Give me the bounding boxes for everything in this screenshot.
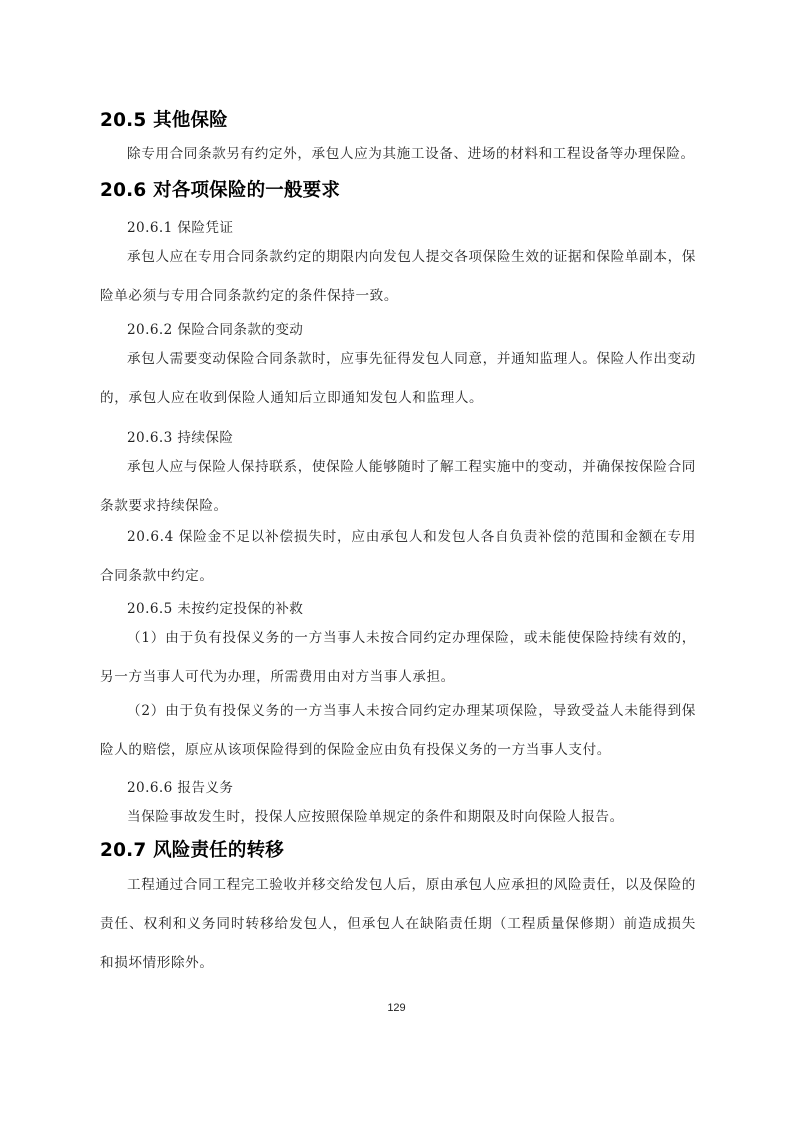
- paragraph-20-6-6: 当保险事故发生时，投保人应按照保险单规定的条件和期限及时向保险人报告。: [100, 798, 696, 837]
- document-page: 20.5 其他保险 除专用合同条款另有约定外，承包人应为其施工设备、进场的材料和…: [0, 0, 793, 1122]
- section-heading-20-7: 20.7 风险责任的转移: [100, 836, 284, 862]
- subheading-20-6-5: 20.6.5 未按约定投保的补救: [127, 597, 303, 617]
- section-heading-20-5: 20.5 其他保险: [100, 106, 228, 132]
- paragraph-20-6-4: 20.6.4 保险金不足以补偿损失时，应由承包人和发包人各自负责补偿的范围和金额…: [100, 518, 696, 596]
- paragraph-20-5: 除专用合同条款另有约定外，承包人应为其施工设备、进场的材料和工程设备等办理保险。: [100, 135, 696, 174]
- subheading-20-6-3: 20.6.3 持续保险: [127, 426, 233, 446]
- page-number: 129: [0, 1002, 793, 1014]
- paragraph-20-6-2: 承包人需要变动保险合同条款时，应事先征得发包人同意，并通知监理人。保险人作出变动…: [100, 340, 696, 418]
- subheading-20-6-2: 20.6.2 保险合同条款的变动: [127, 318, 303, 338]
- paragraph-20-6-5-point-2: （2）由于负有投保义务的一方当事人未按合同约定办理某项保险，导致受益人未能得到保…: [100, 692, 696, 770]
- paragraph-20-7: 工程通过合同工程完工验收并移交给发包人后，原由承包人应承担的风险责任，以及保险的…: [100, 866, 696, 983]
- paragraph-20-6-1: 承包人应在专用合同条款约定的期限内向发包人提交各项保险生效的证据和保险单副本，保…: [100, 238, 696, 316]
- paragraph-20-6-5-point-1: （1）由于负有投保义务的一方当事人未按合同约定办理保险，或未能使保险持续有效的，…: [100, 619, 696, 697]
- subheading-20-6-1: 20.6.1 保险凭证: [127, 216, 233, 236]
- subheading-20-6-6: 20.6.6 报告义务: [127, 776, 233, 796]
- section-heading-20-6: 20.6 对各项保险的一般要求: [100, 176, 340, 202]
- paragraph-20-6-3: 承包人应与保险人保持联系，使保险人能够随时了解工程实施中的变动，并确保按保险合同…: [100, 448, 696, 526]
